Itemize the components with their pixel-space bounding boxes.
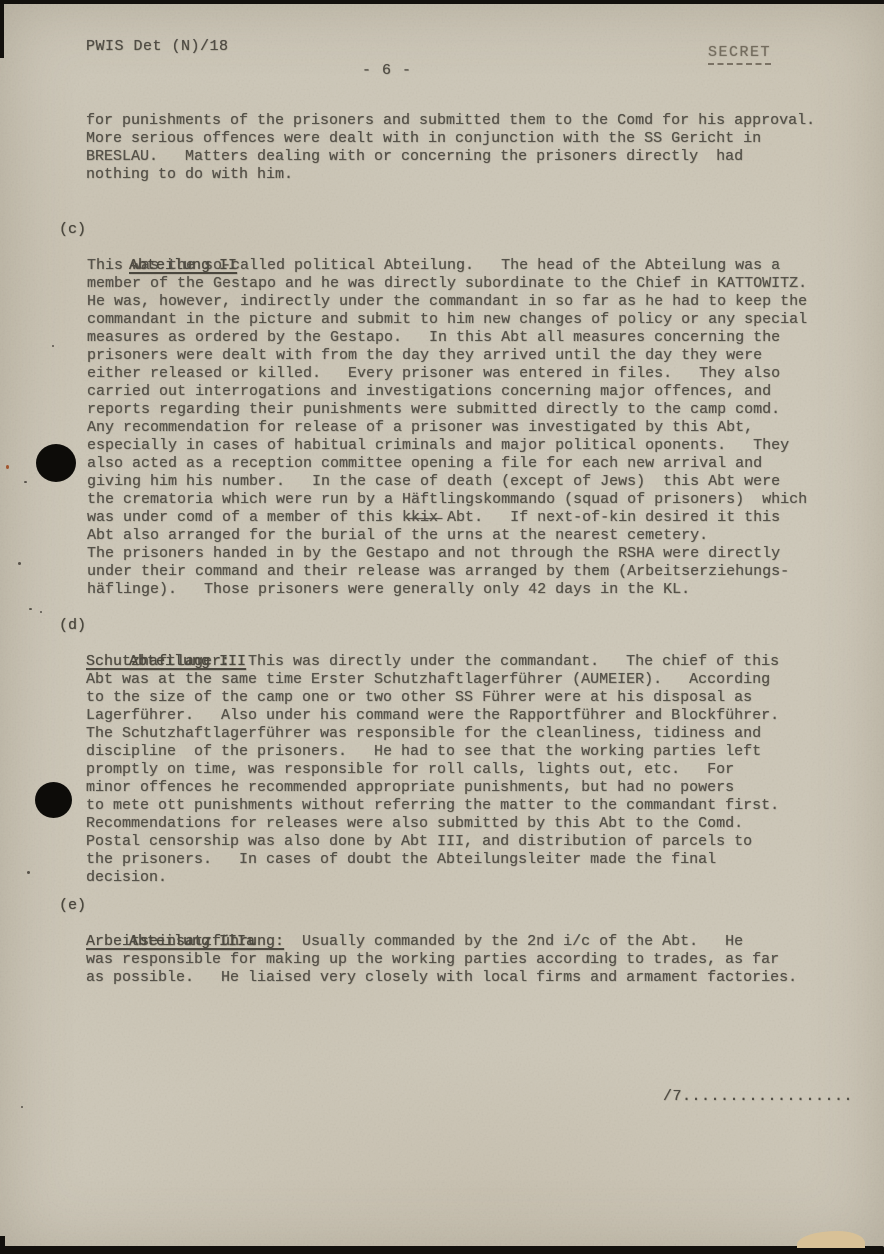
section-label: (d) [59,617,86,635]
scan-edge-left-top [0,0,4,58]
section-label: (e) [59,897,86,915]
paper-speck [18,562,21,565]
paper-speck [29,608,32,610]
scan-edge-left-bottom [0,1236,5,1254]
paper-speck [52,345,54,347]
paragraph-abteilung-ii: This was the so-called political Abteilu… [87,257,807,599]
hole-punch-mark [36,444,76,482]
paragraph-lead-term: Schutzhaftlager: [86,653,230,670]
page-continuation-marker: /7.................. [663,1088,853,1106]
section-label: (c) [59,221,86,239]
paper-speck [27,871,30,874]
paper-speck [24,481,27,483]
paper-tear-mark [797,1231,865,1248]
scan-edge-top [0,0,884,4]
paper-speck [6,465,9,469]
hole-punch-mark [35,782,72,818]
paragraph-abteilung-iiia: Arbeitseinsatzführung: Usually commanded… [86,933,797,987]
page-number: - 6 - [362,62,412,80]
paragraph-text: This was directly under the commandant. … [86,653,779,886]
paragraph-intro: for punishments of the prisoners and sub… [86,112,815,184]
paragraph-abteilung-iii: Schutzhaftlager: This was directly under… [86,653,779,887]
paper-speck [40,611,42,613]
paragraph-lead-term: Arbeitseinsatzführung: [86,933,284,950]
paper-speck [21,1106,23,1108]
document-reference: PWIS Det (N)/18 [86,38,229,56]
classification-stamp: SECRET [708,44,771,65]
scanned-document-page: PWIS Det (N)/18 SECRET - 6 - for punishm… [0,0,884,1254]
scan-edge-bottom [0,1246,884,1254]
